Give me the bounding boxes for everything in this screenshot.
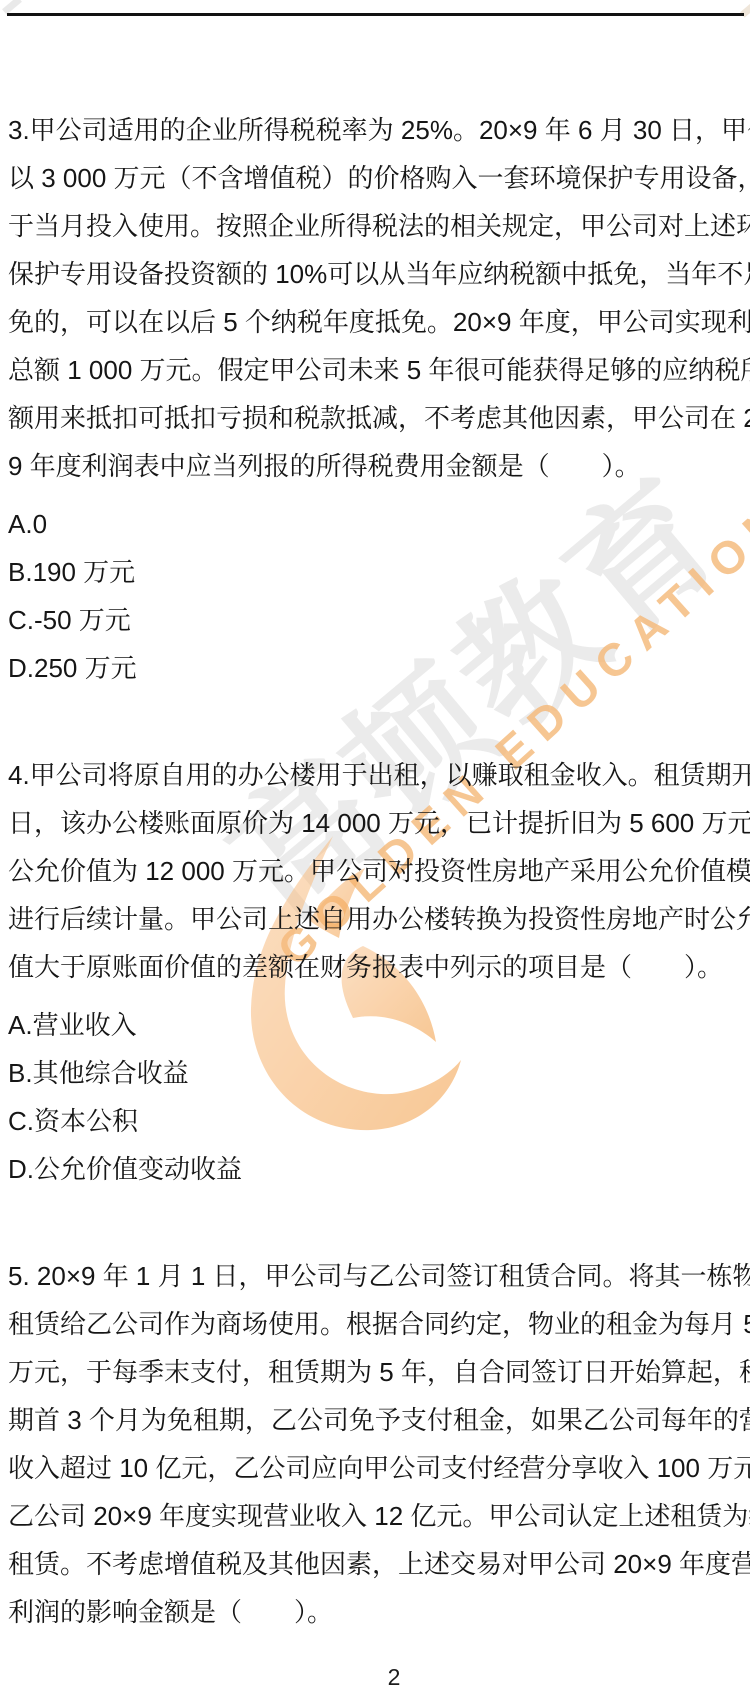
question-4-options: A.营业收入 B.其他综合收益 C.资本公积 D.公允价值变动收益	[8, 1001, 742, 1193]
question-3-line: 保护专用设备投资额的 10%可以从当年应纳税额中抵免，当年不足抵	[8, 250, 742, 298]
question-4-line: 公允价值为 12 000 万元。甲公司对投资性房地产采用公允价值模式	[8, 847, 742, 895]
question-3-line: 额用来抵扣可抵扣亏损和税款抵减，不考虑其他因素，甲公司在 20×	[8, 394, 742, 442]
question-5-line: 收入超过 10 亿元，乙公司应向甲公司支付经营分享收入 100 万元。	[8, 1444, 742, 1492]
question-4-line: 日，该办公楼账面原价为 14 000 万元，已计提折旧为 5 600 万元，	[8, 799, 742, 847]
question-3-line: 9 年度利润表中应当列报的所得税费用金额是（ ）。	[8, 442, 742, 490]
question-4-line: 4.甲公司将原自用的办公楼用于出租，以赚取租金收入。租赁期开始	[8, 751, 742, 799]
option-b: B.190 万元	[8, 548, 742, 596]
question-5-line: 万元，于每季末支付，租赁期为 5 年，自合同签订日开始算起，租赁	[8, 1348, 742, 1396]
question-5-line: 乙公司 20×9 年度实现营业收入 12 亿元。甲公司认定上述租赁为经营	[8, 1492, 742, 1540]
question-4: 4.甲公司将原自用的办公楼用于出租，以赚取租金收入。租赁期开始 日，该办公楼账面…	[8, 751, 742, 1193]
question-5-line: 5. 20×9 年 1 月 1 日，甲公司与乙公司签订租赁合同。将其一栋物业	[8, 1252, 742, 1300]
option-d: D.公允价值变动收益	[8, 1145, 742, 1193]
question-3-options: A.0 B.190 万元 C.-50 万元 D.250 万元	[8, 500, 742, 692]
header-rule	[7, 13, 744, 16]
question-4-line: 进行后续计量。甲公司上述自用办公楼转换为投资性房地产时公允价	[8, 895, 742, 943]
option-a: A.营业收入	[8, 1001, 742, 1049]
question-3-line: 以 3 000 万元（不含增值税）的价格购入一套环境保护专用设备，并	[8, 154, 742, 202]
option-c: C.-50 万元	[8, 596, 742, 644]
question-3: 3.甲公司适用的企业所得税税率为 25%。20×9 年 6 月 30 日，甲公司…	[8, 106, 742, 692]
question-4-line: 值大于原账面价值的差额在财务报表中列示的项目是（ ）。	[8, 943, 742, 991]
option-c: C.资本公积	[8, 1097, 742, 1145]
question-3-line: 于当月投入使用。按照企业所得税法的相关规定，甲公司对上述环境	[8, 202, 742, 250]
page-number: 2	[19, 1664, 750, 1691]
question-5-line: 利润的影响金额是（ ）。	[8, 1588, 742, 1636]
option-a: A.0	[8, 500, 742, 548]
question-5-line: 租赁给乙公司作为商场使用。根据合同约定，物业的租金为每月 50	[8, 1300, 742, 1348]
question-3-line: 免的，可以在以后 5 个纳税年度抵免。20×9 年度，甲公司实现利润	[8, 298, 742, 346]
option-b: B.其他综合收益	[8, 1049, 742, 1097]
question-5-line: 租赁。不考虑增值税及其他因素，上述交易对甲公司 20×9 年度营业	[8, 1540, 742, 1588]
question-3-line: 3.甲公司适用的企业所得税税率为 25%。20×9 年 6 月 30 日，甲公司	[8, 106, 742, 154]
document-body: 3.甲公司适用的企业所得税税率为 25%。20×9 年 6 月 30 日，甲公司…	[8, 106, 742, 1636]
option-d: D.250 万元	[8, 644, 742, 692]
question-5-line: 期首 3 个月为免租期，乙公司免予支付租金，如果乙公司每年的营业	[8, 1396, 742, 1444]
question-3-line: 总额 1 000 万元。假定甲公司未来 5 年很可能获得足够的应纳税所得	[8, 346, 742, 394]
question-5: 5. 20×9 年 1 月 1 日，甲公司与乙公司签订租赁合同。将其一栋物业 租…	[8, 1252, 742, 1636]
